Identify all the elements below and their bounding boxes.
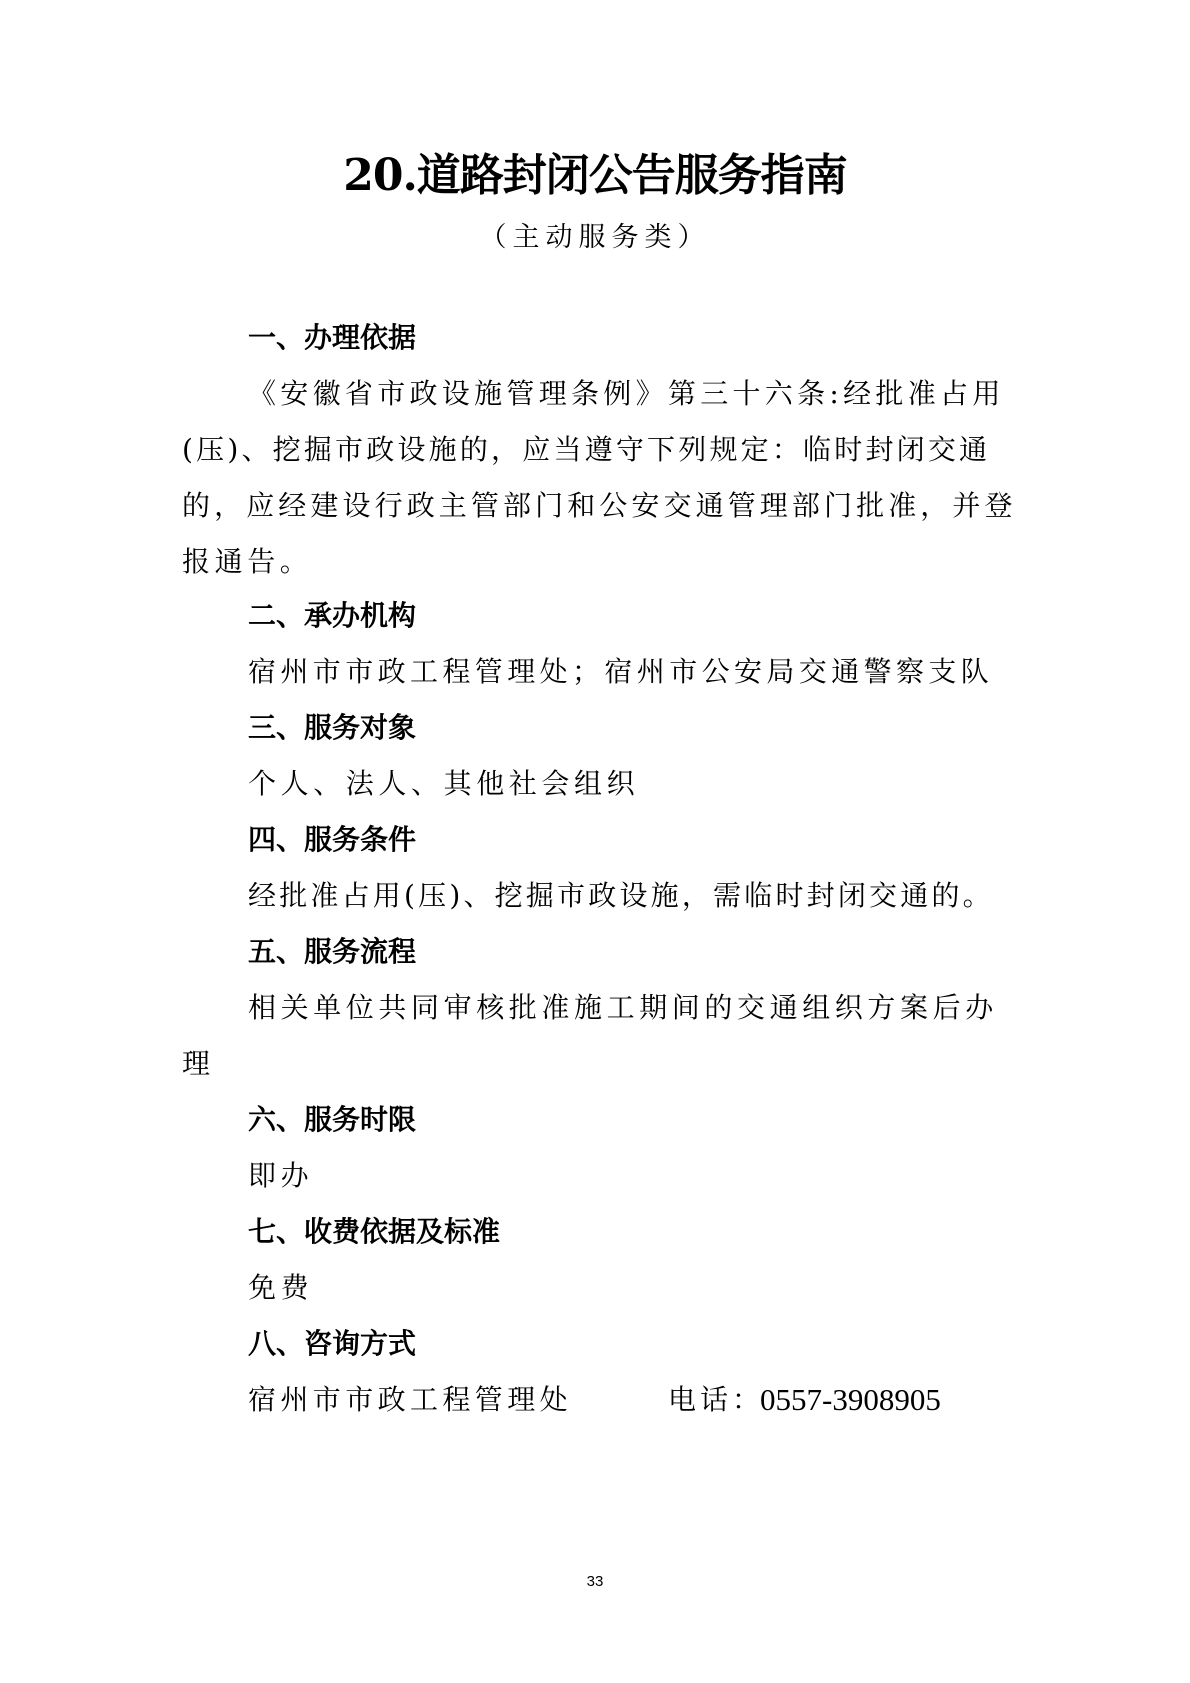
document-subtitle: （主动服务类） (0, 220, 1190, 256)
section-text-line: 的，应经建设行政主管部门和公安交通管理部门批准，并登 (182, 488, 1017, 524)
section-heading-target: 三、服务对象 (248, 710, 416, 746)
section-text-line: 《安徽省市政设施管理条例》第三十六条:经批准占用 (248, 376, 1005, 412)
page-number: 33 (0, 1572, 1190, 1592)
section-heading-process: 五、服务流程 (248, 934, 416, 970)
section-text-line: 个人、法人、其他社会组织 (248, 766, 639, 802)
section-heading-conditions: 四、服务条件 (248, 822, 416, 858)
section-heading-basis: 一、办理依据 (248, 320, 416, 356)
section-heading-contact: 八、咨询方式 (248, 1326, 416, 1362)
section-text-line: 免费 (248, 1270, 313, 1306)
section-heading-time-limit: 六、服务时限 (248, 1102, 416, 1138)
phone-number: 0557-3908905 (760, 1382, 941, 1418)
phone-label: 电话： (668, 1382, 764, 1418)
section-text-line: (压)、挖掘市政设施的，应当遵守下列规定：临时封闭交通 (182, 432, 990, 468)
section-text-line: 即办 (248, 1158, 313, 1194)
document-title: 20.道路封闭公告服务指南 (0, 148, 1190, 204)
section-text-line: 经批准占用(压)、挖掘市政设施，需临时封闭交通的。 (248, 878, 994, 914)
section-text-line: 相关单位共同审核批准施工期间的交通组织方案后办 (248, 990, 998, 1026)
section-heading-fees: 七、收费依据及标准 (248, 1214, 500, 1250)
section-text-line: 宿州市市政工程管理处；宿州市公安局交通警察支队 (248, 654, 993, 690)
section-text-line: 理 (182, 1046, 215, 1082)
section-heading-agency: 二、承办机构 (248, 598, 416, 634)
section-text-line: 报通告。 (182, 544, 312, 580)
contact-organization: 宿州市市政工程管理处 (248, 1382, 572, 1418)
document-page: 20.道路封闭公告服务指南 （主动服务类） 一、办理依据 《安徽省市政设施管理条… (0, 0, 1190, 1683)
